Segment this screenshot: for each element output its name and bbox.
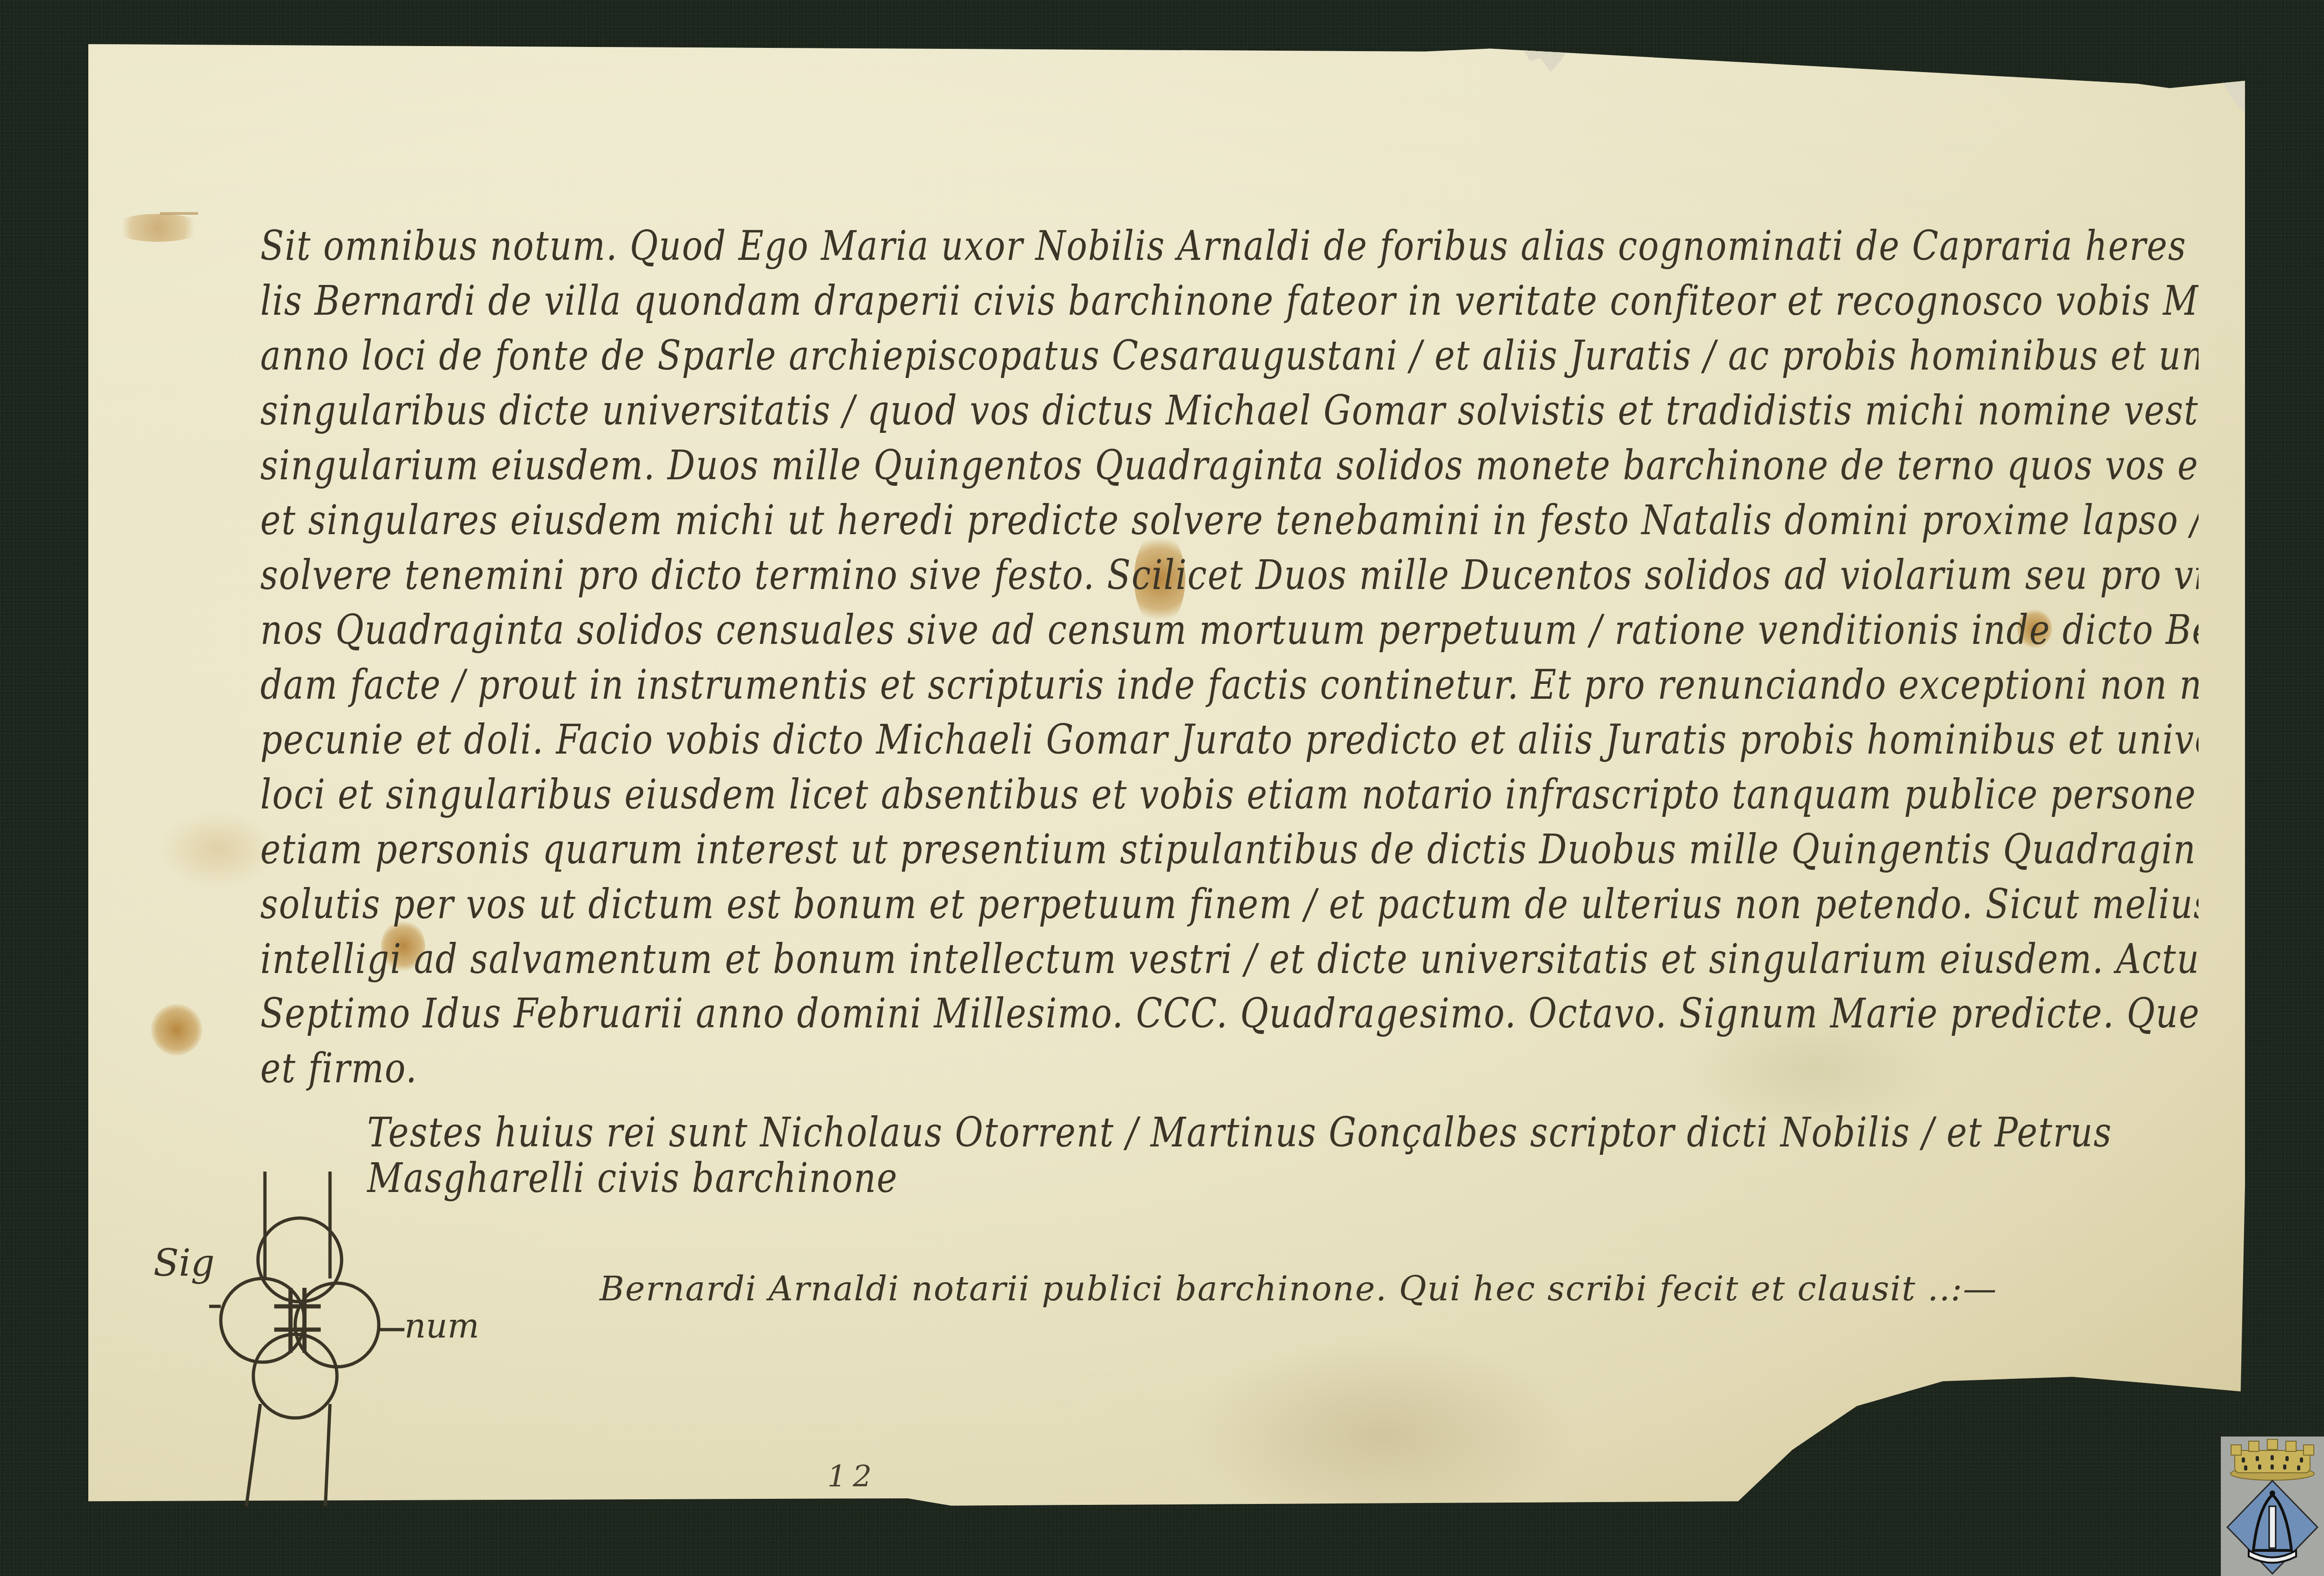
parchment-tear-right [2208,53,2245,114]
charter-text: Sit omnibus notum. Quod Ego Maria uxor N… [260,219,2199,1206]
coat-of-arms-badge [2221,1437,2324,1576]
signum-prefix: Sig [153,1241,215,1285]
notary-clause: Bernardi Arnaldi notarii publici barchin… [600,1269,1997,1308]
witness-line: Masgharelli civis barchinone [260,1146,2199,1211]
fountain-shield-icon [2227,1481,2317,1574]
parchment-tear-top [1520,44,1571,72]
mural-crown-icon [2231,1439,2314,1480]
stain-spot [151,1004,202,1055]
coat-of-arms-icon [2221,1437,2324,1576]
signum-suffix: num [404,1306,479,1345]
text-line: et firmo. [260,1036,2199,1101]
margin-mark: — [158,186,200,235]
folio-number: 12 [827,1460,878,1494]
